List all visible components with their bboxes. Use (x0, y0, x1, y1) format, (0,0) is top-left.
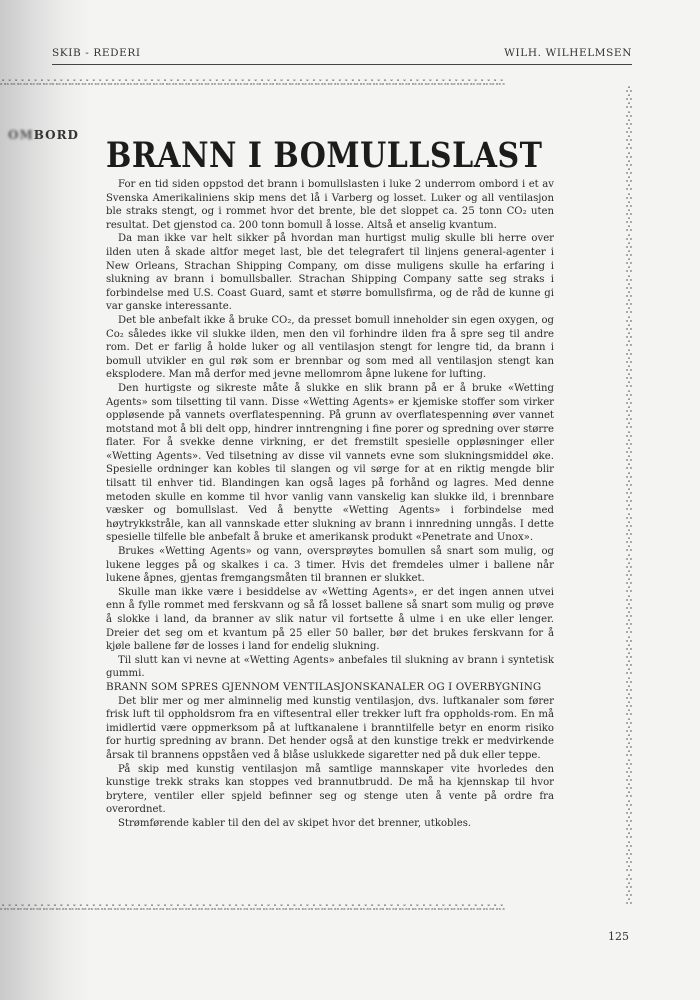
header-left: SKIB - REDERI (52, 47, 141, 59)
paragraph: Det blir mer og mer alminnelig med kunst… (106, 695, 554, 763)
paragraph: Brukes «Wetting Agents» og vann, overspr… (106, 545, 554, 586)
header-rule (52, 64, 632, 65)
paragraph: Skulle man ikke være i besiddelse av «We… (106, 586, 554, 654)
section-tag: OMBORD (8, 128, 79, 142)
section-tag-blurred: OM (8, 128, 34, 142)
section-tag-visible: BORD (34, 128, 79, 142)
article-body: For en tid siden oppstod det brann i bom… (106, 178, 554, 831)
paragraph: På skip med kunstig ventilasjon må samtl… (106, 763, 554, 817)
paragraph: Strømførende kabler til den del av skipe… (106, 817, 554, 831)
paragraph: For en tid siden oppstod det brann i bom… (106, 178, 554, 232)
ornamental-border-top: ஃஃஃஃஃஃஃஃஃஃஃஃஃஃஃஃஃஃஃஃஃஃஃஃஃஃஃஃஃஃஃஃஃஃஃஃஃஃஃஃ… (0, 78, 630, 88)
paragraph: Det ble anbefalt ikke å bruke CO₂, da pr… (106, 314, 554, 382)
running-header: SKIB - REDERI WILH. WILHELMSEN (52, 47, 632, 59)
header-right: WILH. WILHELMSEN (504, 47, 632, 59)
paragraph: Den hurtigste og sikreste måte å slukke … (106, 382, 554, 545)
ornamental-border-right: ஃஃஃஃஃஃஃஃஃஃஃஃஃஃஃஃஃஃஃஃஃஃஃஃஃஃஃஃஃஃஃஃஃஃஃஃஃஃஃஃ… (624, 86, 634, 906)
binding-shadow (0, 0, 90, 1000)
paragraph: Da man ikke var helt sikker på hvordan m… (106, 232, 554, 314)
article-title: BRANN I BOMULLSLAST (106, 136, 566, 176)
paragraph: Til slutt kan vi nevne at «Wetting Agent… (106, 654, 554, 681)
article-subheading: BRANN SOM SPRES GJENNOM VENTILASJONSKANA… (106, 681, 554, 695)
page-number: 125 (608, 930, 629, 943)
ornamental-border-bottom: ஃஃஃஃஃஃஃஃஃஃஃஃஃஃஃஃஃஃஃஃஃஃஃஃஃஃஃஃஃஃஃஃஃஃஃஃஃஃஃஃ… (0, 903, 630, 913)
